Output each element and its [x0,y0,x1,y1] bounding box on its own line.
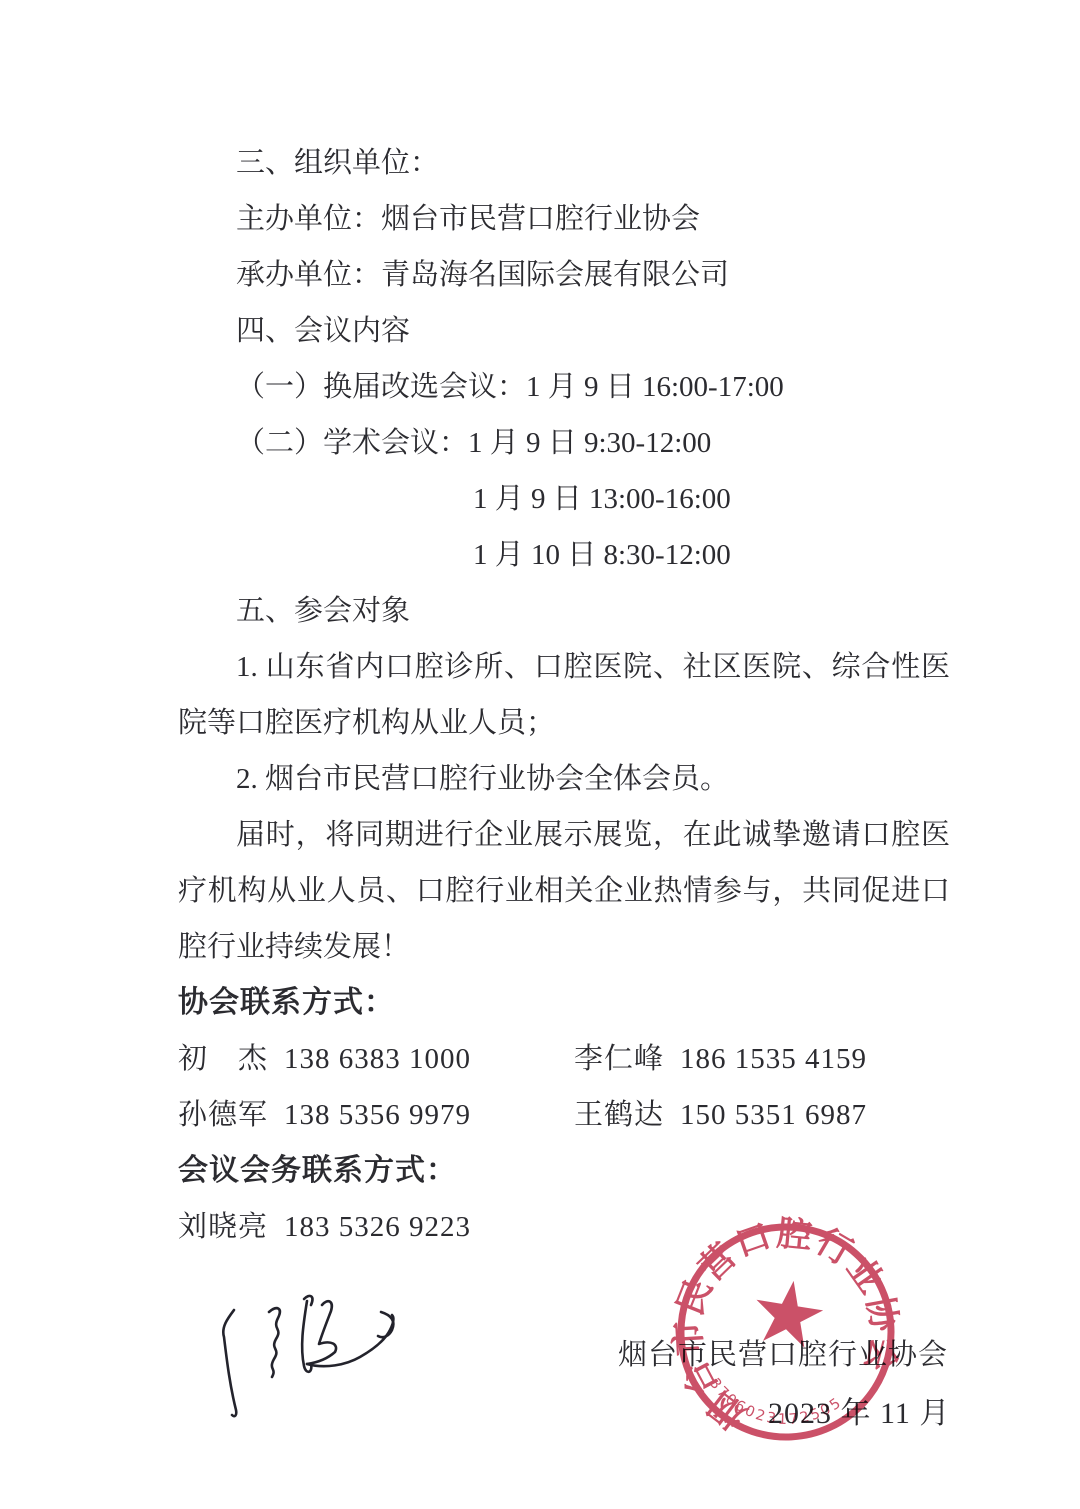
paragraph: （二）学术会议：1 月 9 日 9:30-12:00 [178,415,950,471]
contact-name: 李仁峰 [574,1031,664,1087]
handwritten-signature [185,1252,485,1472]
contact-name: 初 杰 [178,1031,268,1087]
paragraph: 主办单位：烟台市民营口腔行业协会 [178,191,950,247]
contact-name: 刘晓亮 [178,1199,268,1255]
paragraph: 承办单位：青岛海名国际会展有限公司 [178,247,950,303]
contact-entry: 初 杰138 6383 1000 [178,1031,574,1087]
footer-date: 2023 年 11 月 [768,1388,950,1432]
contact-phone: 150 5351 6987 [680,1087,867,1143]
contact-entry: 孙德军138 5356 9979 [178,1087,574,1143]
section-heading: 会议会务联系方式： [178,1143,950,1199]
contact-phone: 138 6383 1000 [284,1031,471,1087]
contact-phone: 183 5326 9223 [284,1199,471,1255]
contact-entry: 王鹤达150 5351 6987 [574,1087,867,1143]
document-page: 三、组织单位：主办单位：烟台市民营口腔行业协会承办单位：青岛海名国际会展有限公司… [0,0,1080,1509]
contact-name: 孙德军 [178,1087,268,1143]
paragraph: 五、参会对象 [178,583,950,639]
paragraph: 1. 山东省内口腔诊所、口腔医院、社区医院、综合性医院等口腔医疗机构从业人员； [178,639,950,751]
contact-phone: 186 1535 4159 [680,1031,867,1087]
paragraph: 四、会议内容 [178,303,950,359]
footer-organization: 烟台市民营口腔行业协会 [618,1332,948,1373]
contact-entry: 刘晓亮183 5326 9223 [178,1199,471,1255]
contact-row: 初 杰138 6383 1000李仁峰186 1535 4159 [178,1031,950,1087]
paragraph: （一）换届改选会议：1 月 9 日 16:00-17:00 [178,359,950,415]
contact-name: 王鹤达 [574,1087,664,1143]
paragraph: 1 月 9 日 13:00-16:00 [178,471,950,527]
contact-entry: 李仁峰186 1535 4159 [574,1031,867,1087]
paragraph: 三、组织单位： [178,135,950,191]
paragraph: 1 月 10 日 8:30-12:00 [178,527,950,583]
contact-phone: 138 5356 9979 [284,1087,471,1143]
paragraph: 2. 烟台市民营口腔行业协会全体会员。 [178,751,950,807]
paragraph: 届时，将同期进行企业展示展览，在此诚挚邀请口腔医疗机构从业人员、口腔行业相关企业… [178,807,950,975]
document-flow: 三、组织单位：主办单位：烟台市民营口腔行业协会承办单位：青岛海名国际会展有限公司… [178,135,950,1255]
section-heading: 协会联系方式： [178,975,950,1031]
contact-row: 孙德军138 5356 9979王鹤达150 5351 6987 [178,1087,950,1143]
